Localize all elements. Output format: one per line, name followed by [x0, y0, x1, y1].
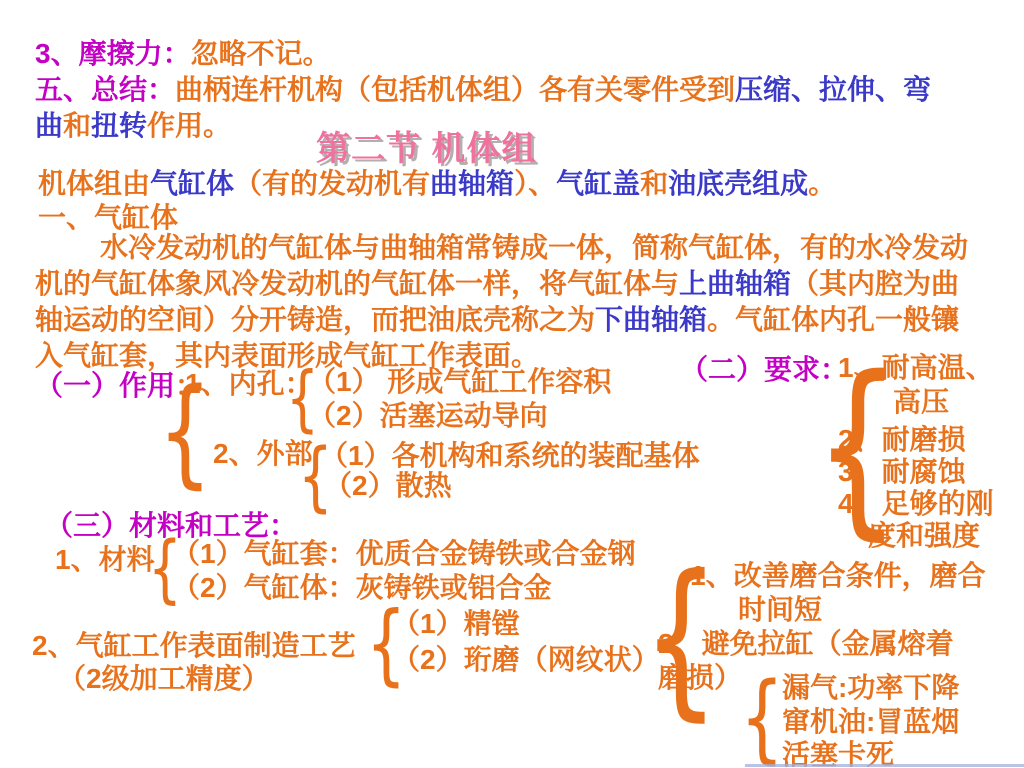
- text-run: 压缩、拉伸、弯: [735, 74, 931, 105]
- process-sub1: （1）精镗: [392, 606, 520, 641]
- benefit-item2a: 2、避免拉缸（金属熔着: [658, 626, 954, 661]
- top-line-2: 五、总结：曲柄连杆机构（包括机体组）各有关零件受到压缩、拉伸、弯: [35, 72, 931, 107]
- text-run: 3、摩擦力：: [35, 38, 191, 69]
- top-line-1: 3、摩擦力：忽略不记。: [35, 36, 331, 71]
- process-label-1: 2、气缸工作表面制造工艺: [32, 628, 356, 663]
- consequence-2: 窜机油:冒蓝烟: [782, 704, 959, 739]
- function-item1-sub2: （2）活塞运动导向: [308, 398, 548, 433]
- slide: 3、摩擦力：忽略不记。 五、总结：曲柄连杆机构（包括机体组）各有关零件受到压缩、…: [0, 0, 1024, 768]
- text-run: 组成: [752, 168, 808, 199]
- process-label-2: （2级加工精度）: [58, 661, 270, 696]
- text-run: 。: [808, 168, 836, 199]
- requirement-item3: 3、耐腐蚀: [838, 454, 966, 489]
- text-run: 五、总结：: [35, 74, 175, 105]
- text-run: 油底壳: [668, 168, 752, 199]
- process-sub2: （2）珩磨（网纹状）: [392, 642, 660, 677]
- text-run: 扭转: [91, 110, 147, 141]
- intro-line: 机体组由气缸体（有的发动机有曲轴箱）、气缸盖和油底壳组成。: [38, 166, 836, 201]
- text-run: 下曲轴箱: [595, 304, 707, 335]
- paragraph-line-1: 水冷发动机的气缸体与曲轴箱常铸成一体，简称气缸体，有的水冷发动: [100, 230, 968, 265]
- function-item1-sub1: （1） 形成气缸工作容积: [308, 364, 611, 399]
- text-run: 和: [63, 110, 91, 141]
- text-run: 和: [640, 168, 668, 199]
- bottom-cutoff-line: [745, 764, 1024, 767]
- paragraph-line-2: 机的气缸体象风冷发动机的气缸体一样，将气缸体与上曲轴箱（其内腔为曲: [35, 266, 959, 301]
- requirement-item1b: 高压: [893, 384, 949, 419]
- function-item2-sub2: （2）散热: [324, 468, 452, 503]
- text-run: 气缸体: [150, 168, 234, 199]
- text-run: 机的气缸体象风冷发动机的气缸体一样，将气缸体与: [35, 268, 679, 299]
- text-run: 轴运动的空间）分开铸造，而把油底壳称之为: [35, 304, 595, 335]
- scuffing-consequences-brace: [740, 670, 784, 766]
- requirement-item4a: 4、足够的刚: [838, 486, 994, 521]
- requirement-item1a: 1、耐高温、: [838, 350, 994, 385]
- text-run: 气缸盖: [556, 168, 640, 199]
- text-run: 曲: [35, 110, 63, 141]
- text-run: 机体组由: [38, 168, 150, 199]
- text-run: 曲柄连杆机构（包括机体组）各有关零件受到: [175, 74, 735, 105]
- text-run: 作用。: [147, 110, 231, 141]
- material-label: 1、材料: [55, 542, 155, 577]
- text-run: 水冷发动机的气缸体与曲轴箱常铸成一体，简称气缸体，有的水冷发动: [100, 232, 968, 263]
- top-line-3: 曲和扭转作用。: [35, 108, 231, 143]
- text-run: 。气缸体内孔一般镶: [707, 304, 959, 335]
- text-run: （一）作用: [35, 370, 175, 401]
- consequence-1: 漏气:功率下降: [782, 670, 959, 705]
- text-run: ）、: [514, 168, 556, 199]
- material-sub2: （2）气缸体：灰铸铁或铝合金: [172, 570, 552, 605]
- requirement-item2: 2、耐磨损: [838, 422, 966, 457]
- text-run: （有的发动机有: [234, 168, 430, 199]
- text-run: （其内腔为曲: [791, 268, 959, 299]
- text-run: 上曲轴箱: [679, 268, 791, 299]
- material-sub1: （1）气缸套：优质合金铸铁或合金钢: [172, 536, 636, 571]
- requirement-item4b: 度和强度: [868, 518, 980, 553]
- text-run: 曲轴箱: [430, 168, 514, 199]
- text-run: 忽略不记。: [191, 38, 331, 69]
- benefit-item1b: 时间短: [738, 592, 822, 627]
- page-title: 第二节 机体组: [316, 121, 536, 170]
- benefit-item2b: 磨损）: [658, 660, 742, 695]
- paragraph-line-3: 轴运动的空间）分开铸造，而把油底壳称之为下曲轴箱。气缸体内孔一般镶: [35, 302, 959, 337]
- benefit-item1a: 1、改善磨合条件，磨合: [690, 558, 986, 593]
